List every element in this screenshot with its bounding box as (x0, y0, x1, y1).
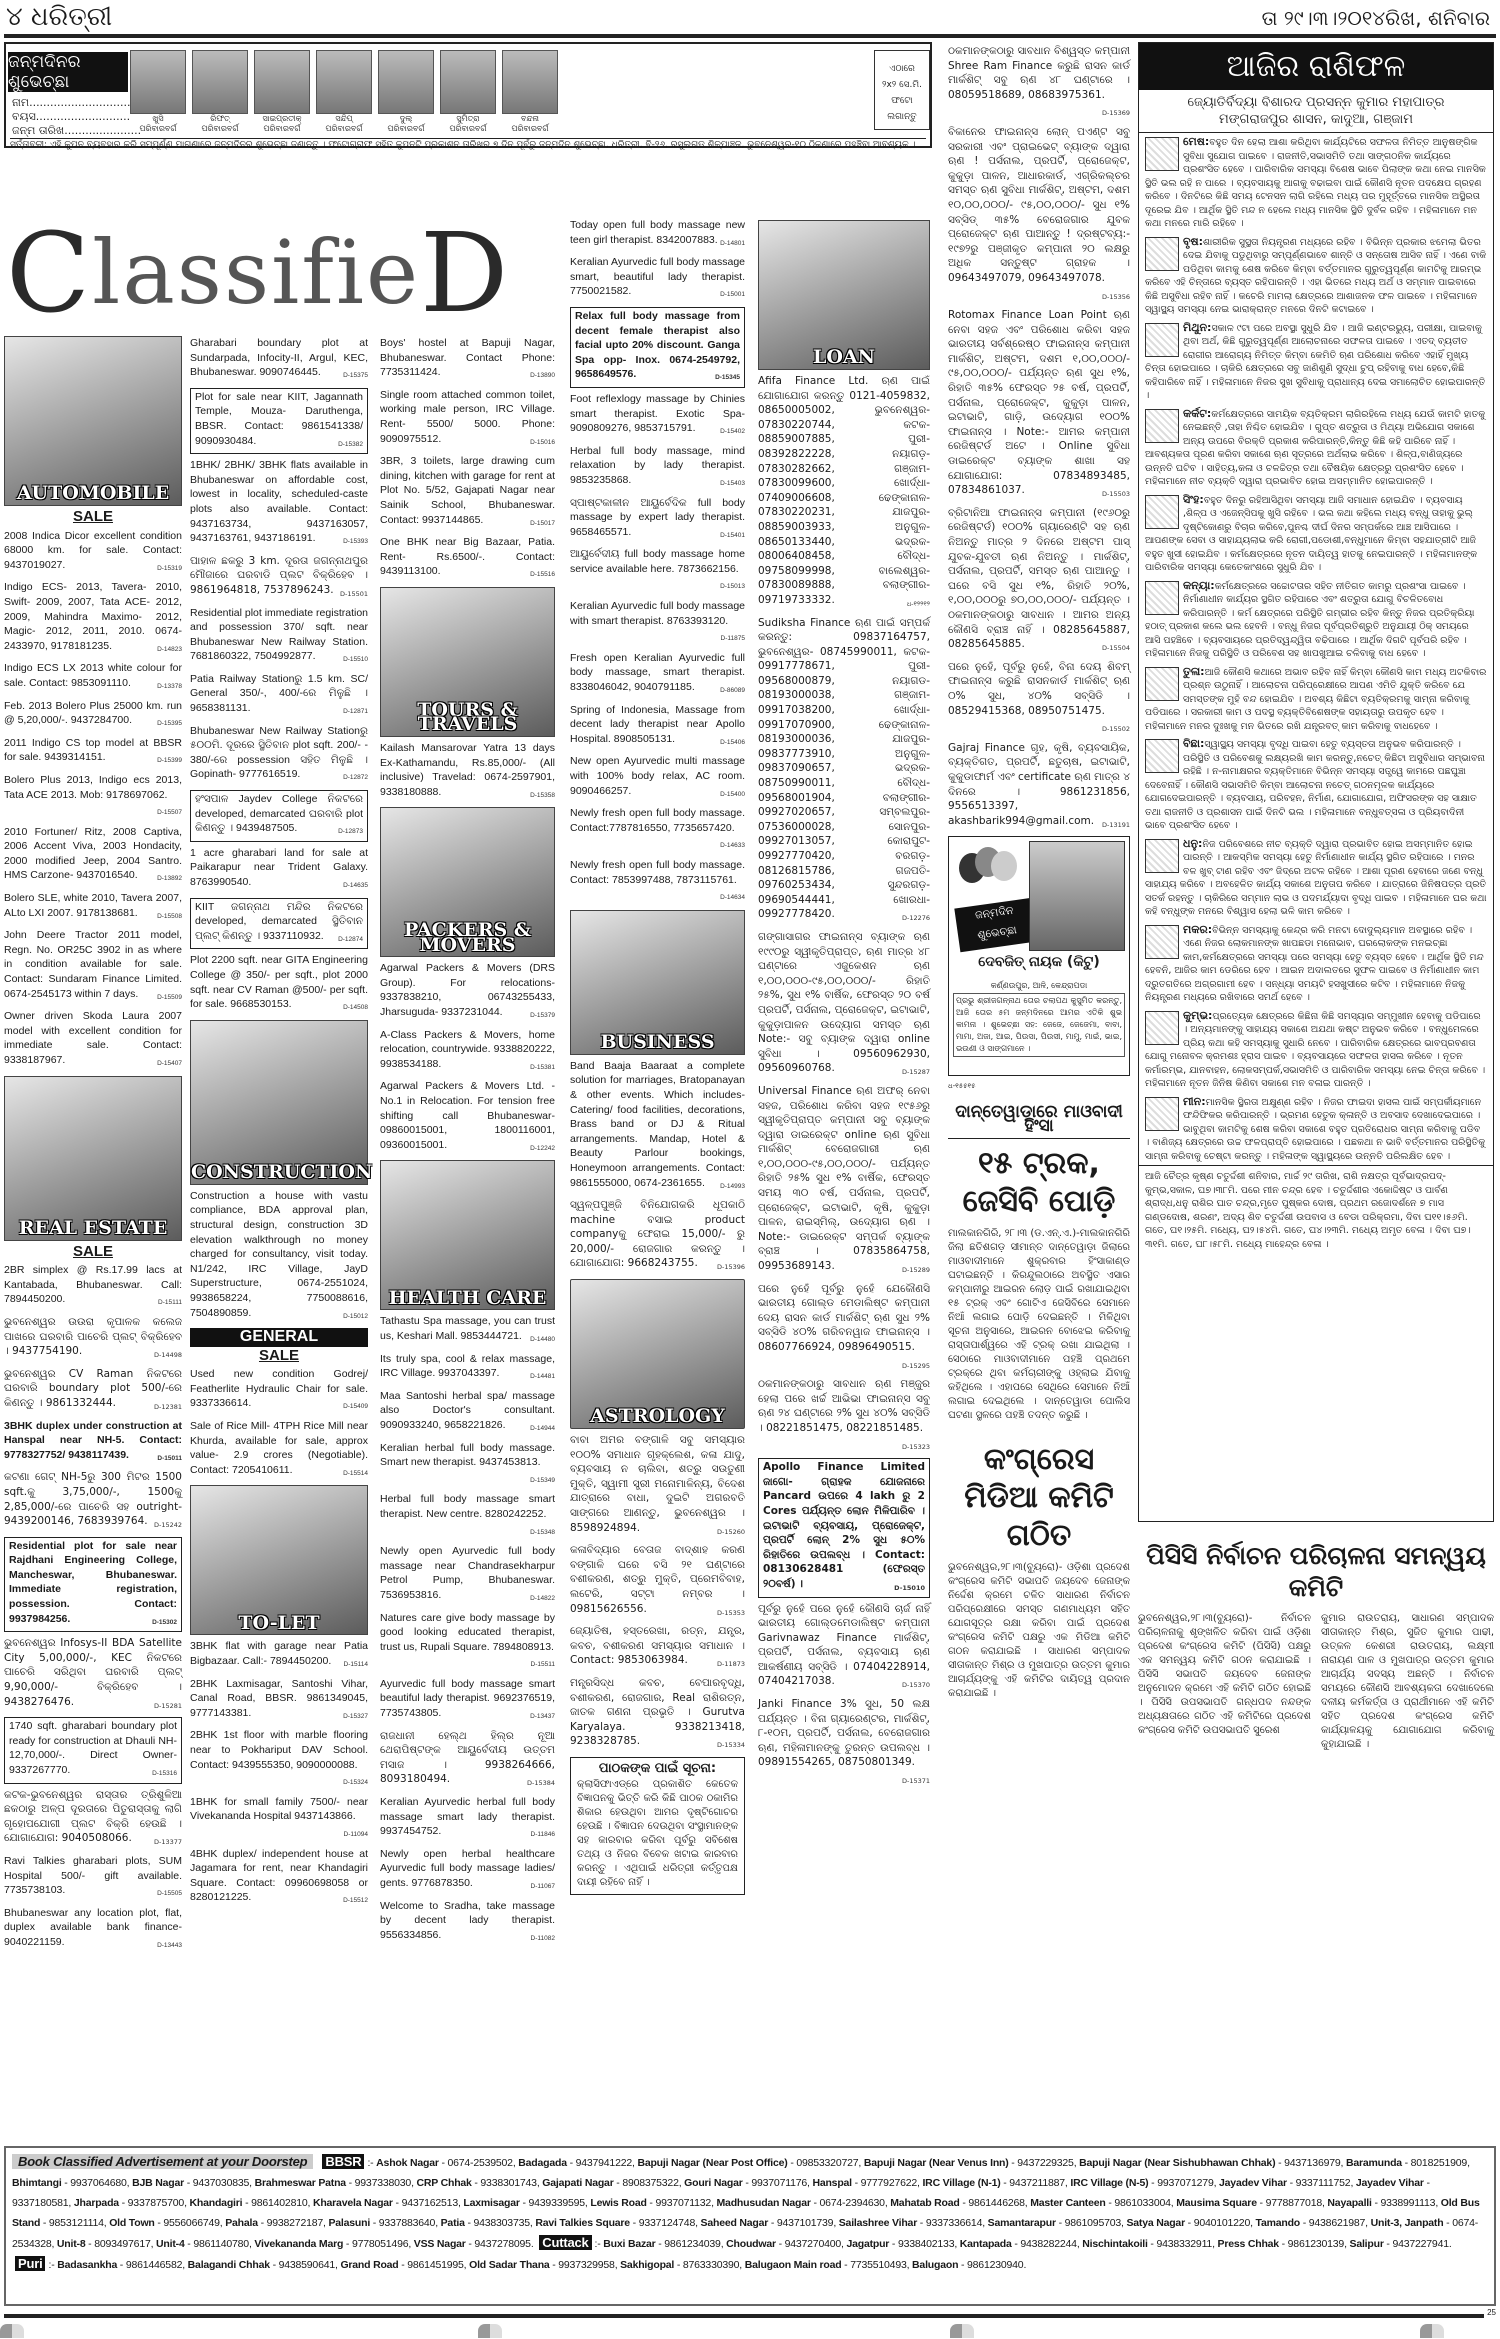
classified-ad: ବିକାନେର ଫାଇନାନ୍ସ ଲୋନ୍ ପଏଣ୍ଟ ସବୁ ସରକାରୀ ଏ… (948, 125, 1130, 304)
ad-code: D-15011 (157, 1452, 182, 1467)
horoscope-sign: ମକର:ବିଭିନ୍ନ ସମସ୍ୟାକୁ କେନ୍ଦ୍ର କରି ମନଟା ଦୋ… (1139, 921, 1493, 1007)
location-name: Jagatpur (846, 2238, 889, 2250)
pisces-icon (1145, 1097, 1179, 1131)
age-field: ବୟସ........................... (12, 110, 130, 124)
location-name: BJB Nagar (132, 2177, 184, 2189)
birthday-wish-ad: ଜନ୍ମଦିନ ଶୁଭେଚ୍ଛା ଦେବଜିତ୍ ନାୟକ (କିଟୁ) କର୍… (948, 836, 1130, 1076)
directory-entry: Badagada - 9437941222, (518, 2157, 637, 2169)
birthday-photo: ସନ୍ଦିପ୍ ପରିବାରବର୍ଗ (316, 50, 372, 138)
ad-text: 4BHK duplex/ independent house at Jagama… (190, 1848, 368, 1904)
classified-ad: Rotomax Finance Loan Point ଋଣ ନେବା ସହଜ ଏ… (948, 308, 1130, 502)
ad-code: D-15509 (157, 991, 182, 1006)
ad-text: 3BHK flat with garage near Patia Bigbaza… (190, 1640, 368, 1667)
ad-code: D-12874 (338, 933, 363, 948)
classified-ad: 1BHK for small family 7500/- near Viveka… (190, 1795, 368, 1843)
directory-entry: BJB Nagar - 9437030835, (132, 2177, 254, 2189)
location-name: Lewis Road (590, 2197, 646, 2209)
sign-text: ବିଭିନ୍ନ ସମସ୍ୟାକୁ କେନ୍ଦ୍ର କରି ମନଟା ଦୋଦୁଲ୍… (1145, 925, 1484, 1004)
ad-text: 2BHK Laxmisagar, Santoshi Vihar, Canal R… (190, 1678, 368, 1719)
category-label: BUSINESS (571, 1035, 744, 1050)
ad-code: D-15407 (157, 1057, 182, 1072)
phone-number: 9438621987 (1309, 2217, 1365, 2229)
city-label: Puri (15, 2256, 45, 2271)
phone-number: 9437941222 (576, 2157, 632, 2169)
ad-text: Tathastu Spa massage, you can trust us, … (380, 1315, 555, 1342)
phone-number: 9437229325 (1017, 2157, 1073, 2169)
category-label: AUTOMOBILE (5, 486, 181, 501)
category-label: ASTROLOGY (571, 1409, 744, 1424)
sign-text: ସ୍ୱାସ୍ଥ୍ୟ ସମସ୍ୟା ବୃଦ୍ଧି ପାଇବା ହେତୁ ବ୍ୟସ୍… (1145, 739, 1485, 831)
directory-entry: Saheed Nagar - 9437101739, (701, 2217, 839, 2229)
sign-name: ଧନୁ: (1183, 837, 1202, 850)
name-field: ନାମ............................. (12, 96, 130, 110)
classified-ad: Gharabari boundary plot at Sundarpada, I… (190, 336, 368, 384)
ad-text: ପୂର୍ବରୁ ନୁହେଁ ପରେ ନୁହେଁ କୌଣସି ଚାର୍ଜ ନାହି… (758, 1603, 930, 1688)
phone-number: 7735510493 (850, 2259, 906, 2271)
ad-code: D-15013 (720, 580, 745, 595)
location-name: Buxi Bazar (603, 2238, 655, 2250)
directory-entry: Sailashree Vihar - 9337336614, (839, 2217, 988, 2229)
ad-code: D-86089 (720, 684, 745, 699)
phone-number: 9338402133 (898, 2238, 954, 2250)
ad-code: D-12381 (154, 1400, 182, 1415)
location-name: Bapuji Nagar (Near Post Office) (637, 2157, 787, 2169)
horoscope-sign: ସିଂହ:ବହୁତ ଦିନରୁ ରହିଆସିଥିବା ସମସ୍ୟା ଆଜି ସମ… (1139, 491, 1493, 577)
birthday-photo: ଖୁସି ପରିବାରବର୍ଗ (130, 50, 186, 138)
sign-name: କର୍କଟ: (1183, 407, 1211, 420)
directory-entry: Laxmisagar - 9439339595, (463, 2197, 590, 2209)
section-heading: SALE (4, 510, 182, 525)
directory-entry: Mahatab Road - 9861446268, (890, 2197, 1030, 2209)
directory-entry: Balagandi Chhak - 9438590641, (188, 2259, 341, 2271)
ad-code: D-14822 (530, 1592, 555, 1607)
ad-text: Keralian herbal full body massage. Smart… (380, 1442, 555, 1469)
classified-ad: Newly open Ayurvedic full body massage n… (380, 1544, 555, 1606)
phone-number: 9861095703 (1065, 2217, 1121, 2229)
ad-text: Maa Santoshi herbal spa/ massage also Do… (380, 1390, 555, 1431)
classified-ad: ପରେ ନୁହେଁ, ପୂର୍ବରୁ ନୁହେଁ, ବିନା ଦେୟ ଶିବମ୍… (948, 660, 1130, 737)
location-name: Khandagiri (190, 2197, 243, 2209)
ad-code: D-11067 (531, 1880, 555, 1895)
ad-code: D-15242 (154, 1518, 182, 1533)
ad-code: D-15514 (343, 1467, 368, 1482)
location-name: CRP Chhak (417, 2177, 472, 2189)
ad-text: Sudiksha Finance ଋଣ ପାଇଁ ସମ୍ପର୍କ କରନ୍ତୁ:… (758, 617, 930, 921)
classified-ad: 1BHK/ 2BHK/ 3BHK flats available in Bhub… (190, 458, 368, 550)
ad-text: କଳାବିଦ୍ୟାର ବେତାଜ ବାଦ୍‌ଶାହ କରଣ ବଙ୍ଗାଳି ଘର… (570, 1544, 745, 1614)
classified-ad: 2011 Indigo CS top model at BBSR for sal… (4, 736, 182, 769)
photo-family: ପରିବାରବର୍ଗ (192, 124, 248, 134)
phone-number: 9861234039 (664, 2238, 720, 2250)
ad-text: Newly fresh open full body massage. Cont… (570, 859, 745, 886)
classified-ad: ବ୍ରିଟାନିଆ ଫାଇନାନ୍ସ କମ୍ପାନୀ (୧୯୬୦ରୁ ରେଜିଷ… (948, 506, 1130, 656)
classified-ad: Agarwal Packers & Movers Ltd. - No.1 in … (380, 1079, 555, 1156)
directory-entry: Choudwar - 9437270400, (726, 2238, 846, 2250)
sign-name: ମିଥୁନ: (1183, 321, 1211, 334)
classified-ad: Agarwal Packers & Movers (DRS Group). Fo… (380, 961, 555, 1023)
ad-code: D-15358 (530, 789, 555, 804)
ad-code: D-15316 (152, 1767, 177, 1782)
ad-text: ବିକାନେର ଫାଇନାନ୍ସ ଲୋନ୍ ପଏଣ୍ଟ ସବୁ ସରକାରୀ ଏ… (948, 126, 1130, 284)
photo-name: ସୁମିତ୍ରା (440, 114, 496, 124)
location-name: Balugaon Main road (745, 2259, 842, 2271)
ad-code: D-15370 (902, 1678, 930, 1693)
portrait-image (440, 50, 496, 114)
phone-number: 9438282244 (1020, 2238, 1076, 2250)
reader-notice: ପାଠକଙ୍କ ପାଇଁ ସୂଚନା: କ୍ଲାସିଫାଏଡ୍‌ରେ ପ୍ରକା… (570, 1757, 745, 1895)
location-name: Choudwar (726, 2238, 776, 2250)
phone-number: 9861230139 (1288, 2238, 1344, 2250)
location-name: Nayapalli (1327, 2197, 1371, 2209)
ad-code: D-14635 (343, 879, 368, 894)
ad-code: D-15302 (152, 1616, 177, 1631)
location-name: Ravi Talkies Square (535, 2217, 630, 2229)
ad-code: ଧ-୧୫୫୧୫ (948, 1080, 1130, 1095)
ad-text: Bolero SLE, white 2010, Tavera 2007, ALt… (4, 892, 182, 919)
location-name: Balagandi Chhak (188, 2259, 270, 2271)
page-number: 25 (1487, 2308, 1496, 2317)
ad-text: Universal Finance ଋଣ ଅଫର୍ ନେବା ସହଜ, ପରିଶ… (758, 1085, 930, 1272)
sign-name: କୁମ୍ଭ: (1183, 1009, 1212, 1022)
photo-name: ସାଇପ୍ରତୀକ୍ (254, 114, 310, 124)
phone-number: 9437278095 (474, 2238, 530, 2250)
ad-code: D-15395 (157, 717, 182, 732)
portrait-image (502, 50, 558, 114)
automobile-category-image: AUTOMOBILE (4, 336, 182, 506)
location-name: Brahmeswar Patna (255, 2177, 346, 2189)
location-name: Vivekananda Marg (254, 2238, 343, 2250)
photo-slot-line: ଏଠାରେ (875, 61, 929, 77)
classified-ad: କଳାବିଦ୍ୟାର ବେତାଜ ବାଦ୍‌ଶାହ କରଣ ବଙ୍ଗାଳି ଘର… (570, 1543, 745, 1620)
ad-text: Bhubaneswar any location plot, flat, dup… (4, 1907, 182, 1948)
ad-code: D-15501 (340, 587, 368, 602)
classified-ad: Ravi Talkies gharabari plots, SUM Hospit… (4, 1854, 182, 1902)
news-body: ଭୁବନେଶ୍ୱର,୨୮।୩(ବ୍ୟୁରୋ)- ଓଡ଼ିଶା ପ୍ରଦେଶ କଂ… (948, 1561, 1130, 1701)
child-place: କର୍ଣ୍ଣଉପୁର, ଆଳି, କେନ୍ଦ୍ରାପଡା (949, 979, 1129, 994)
astrologer-address: ମଙ୍ଗରାଜପୁର ଶାସନ, କାଦୁଆ, ଗଞ୍ଜାମ (1141, 111, 1491, 128)
ad-text: 1BHK for small family 7500/- near Viveka… (190, 1796, 368, 1823)
directory-entry: Gouri Nagar - 9937071176, (684, 2177, 812, 2189)
sign-name: ମୀନ: (1183, 1095, 1206, 1108)
location-name: IRC Village (N-1) (922, 2177, 1000, 2189)
ad-text: Plot 2200 sqft. near GITA Engineering Co… (190, 954, 368, 1010)
classified-ad: 3BHK duplex under construction at Hanspa… (4, 1419, 182, 1467)
ad-code: D-14480 (530, 1333, 555, 1348)
ad-code: D-15017 (530, 517, 555, 532)
location-name: Satya Nagar (1126, 2217, 1185, 2229)
location-name: Sakhigopal (620, 2259, 674, 2271)
news-body: ମାଲକାନଗିରି, ୨୮।୩ (ଡ.ଏନ୍.ଏ.)-ମାଲକାନଗିରି ଜ… (948, 1227, 1130, 1423)
phone-number: 9937338030 (355, 2177, 411, 2189)
phone-number: 9861451995 (407, 2259, 463, 2271)
classified-ad: Patia Railway Stationରୁ 1.5 km. SC/ Gene… (190, 672, 368, 720)
directory-entry: Kantapada - 9438282244, (960, 2238, 1082, 2250)
ad-text: Welcome to Sradha, take massage by decen… (380, 1900, 555, 1941)
ad-code: D-15393 (343, 535, 368, 550)
phone-number: 9337875700 (128, 2197, 184, 2209)
horoscope-sign: ମେଷ:ବହୁତ ଦିନ ହେଲା ଆଶା କରିଥିବା କାର୍ଯ୍ୟଟିର… (1139, 133, 1493, 233)
classified-ad: Plot for sale near KIIT, Jagannath Templ… (190, 388, 368, 454)
sign-text: ସକାଳ ୯ଟା ପରେ ଅବସ୍ଥା ସୁଧୁରି ଯିବ । ଆଜି ଇଣ୍… (1145, 323, 1485, 402)
classified-ad: 2008 Indica Dicor excellent condition 68… (4, 529, 182, 577)
classified-ad: Bolero SLE, white 2010, Tavera 2007, ALt… (4, 891, 182, 924)
photo-family: ପରିବାରବର୍ଗ (316, 124, 372, 134)
location-name: Salipur (1350, 2238, 1384, 2250)
ad-code: D-15382 (338, 438, 363, 453)
ad-code: D-13378 (157, 680, 182, 695)
classified-ad: Apollo Finance Limited ଜାଗୋ- ଗ୍ରାହକ ଯୋଜନ… (758, 1458, 930, 1597)
directory-entry: Badasankha - 9861446582, (57, 2259, 187, 2271)
ad-code: D-15295 (902, 1359, 930, 1374)
ad-code: D-15402 (720, 425, 745, 440)
almanac: ଆଜି ଚୈତ୍ର କୃଷ୍ଣ ଚତୁର୍ଦ୍ଦଶୀ ଶନିବାର, ମାର୍ଚ… (1139, 1165, 1493, 1255)
sign-name: ମେଷ: (1183, 135, 1209, 148)
location-name: Pahala (225, 2217, 258, 2229)
column-automobile: AUTOMOBILE SALE 2008 Indica Dicor excell… (4, 336, 182, 1958)
location-name: Bapuji Nagar (Near Sishubhawan Chhak) (1079, 2157, 1275, 2169)
classified-ad: Newly fresh open full body massage. Cont… (570, 858, 745, 906)
ad-text: ମନ୍ତ୍ରସିଦ୍ଧ କବଚ, ବେପାରବୃଦ୍ଧି, ବଶୀକରଣ, ରୋ… (570, 1677, 745, 1747)
location-name: Baramunda (1346, 2157, 1402, 2169)
registration-mark (950, 2324, 974, 2338)
reader-notice-title: ପାଠକଙ୍କ ପାଇଁ ସୂଚନା: (577, 1762, 738, 1776)
classified-ad: ପାହାଳ ଛକରୁ 3 km. ଦୂରତା ଜଗନ୍ନାଥପୁର ମୌଜାରେ… (190, 554, 368, 602)
ad-text: Today open full body massage new teen gi… (570, 219, 745, 246)
classified-ad: Feb. 2013 Bolero Plus 25000 km. run @ 5,… (4, 699, 182, 732)
pcc-committee-article: ପିସିସି ନିର୍ବାଚନ ପରିଚାଳନା ସମନ୍ୱୟ କମିଟି ଭୁ… (1138, 1540, 1494, 1752)
phone-number: 9853121114 (49, 2217, 104, 2229)
phone-number: 9338991113 (1380, 2197, 1435, 2209)
classified-ad: 4BHK duplex/ independent house at Jagama… (190, 1847, 368, 1909)
directory-entry: Madhusudan Nagar - 0674-2394630, (717, 2197, 891, 2209)
ad-code: D-15289 (902, 1263, 930, 1278)
classified-logo: ClassifieD (6, 215, 386, 330)
ad-code: D-15369 (1102, 106, 1130, 121)
location-name: Jayadev Vihar (1356, 2177, 1424, 2189)
classified-ad: Kailash Mansarovar Yatra 13 days Ex-Kath… (380, 741, 555, 803)
classified-ad: Herbal full body massage smart therapist… (380, 1492, 555, 1540)
classified-ad: Sale of Rice Mill- 4TPH Rice Mill near K… (190, 1419, 368, 1481)
phone-number: 9937329958 (558, 2259, 614, 2271)
ad-code: D-15010 (894, 1581, 925, 1596)
portrait-image (130, 50, 186, 114)
classified-ad: 3BHK flat with garage near Patia Bigbaza… (190, 1639, 368, 1672)
ad-code: D-15356 (1102, 290, 1130, 305)
phone-number: 9861033004 (1114, 2197, 1170, 2209)
directory-entry: Old Town - 9556066749, (109, 2217, 225, 2229)
ad-code: D-14508 (343, 1001, 368, 1016)
horoscope-sign: କର୍କଟ:କର୍ମକ୍ଷେତ୍ରରେ ସାମୟିକ ବ୍ୟତିକ୍ରମ ଲାଗ… (1139, 405, 1493, 491)
ad-code: D-14498 (154, 1348, 182, 1363)
classified-ad: One BHK near Big Bazaar, Patia. Rent- Rs… (380, 535, 555, 583)
directory-entry: Kharavela Nagar - 9437162513, (313, 2197, 463, 2209)
phone-number: 9337180581 (12, 2197, 68, 2209)
sign-name: ବିଛା: (1183, 737, 1204, 750)
sign-text: ବହୁତ ଦିନରୁ ରହିଆସିଥିବା ସମସ୍ୟା ଆଜି ସମାଧାନ … (1145, 495, 1477, 574)
birthday-photo: ସୁମିତ୍ରା ପରିବାରବର୍ଗ (440, 50, 496, 138)
ad-code: D-15323 (902, 1440, 930, 1455)
location-name: Madhusudan Nagar (717, 2197, 811, 2209)
directory-entry: Jagatpur - 9338402133, (846, 2238, 959, 2250)
ad-text: Keralian Ayurvedic full body massage sma… (570, 256, 745, 297)
directory-entry: Old Sadar Thana - 9937329958, (469, 2259, 620, 2271)
to-let-category-image: TO-LET (190, 1485, 368, 1635)
classified-ad: କଟକ-ଭୁବନେଶ୍ୱର ରାସ୍ତାର ତ୍ରିଶୁଳିଆ ଛକଠାରୁ ଅ… (4, 1788, 182, 1850)
ad-code: D-12873 (338, 825, 363, 840)
photo-family: ପରିବାରବର୍ଗ (378, 124, 434, 134)
ad-code: D-11846 (531, 1828, 555, 1843)
location-name: Nischintakoili (1082, 2238, 1147, 2250)
phone-number: 9437162513 (402, 2197, 458, 2209)
city-label: BBSR (322, 2154, 364, 2169)
directory-entry: Tamando - 9438621987, (1256, 2217, 1371, 2229)
ad-text: ପରେ ନୁହେଁ, ପୂର୍ବରୁ ନୁହେଁ, ବିନା ଦେୟ ଶିବମ୍… (948, 661, 1130, 717)
phone-number: 9937071132 (655, 2197, 711, 2209)
phone-number: 9337124748 (639, 2217, 695, 2229)
astrologer-name: ଜ୍ୟୋତିର୍ବିଦ୍ୟା ବିଶାରଦ ପ୍ରସନ୍ନ କୁମାର ମହାପ… (1141, 94, 1491, 111)
phone-number: 9437101739 (777, 2217, 833, 2229)
phone-number: 9778051496 (352, 2238, 408, 2250)
tours-travels-category-image: TOURS & TRAVELS (380, 587, 555, 737)
phone-number: 9437136979 (1284, 2157, 1340, 2169)
classified-ad: ମନ୍ତ୍ରସିଦ୍ଧ କବଚ, ବେପାରବୃଦ୍ଧି, ବଶୀକରଣ, ରୋ… (570, 1676, 745, 1753)
classified-ad: ଗଙ୍ଗାସାଗର ଫାଇନାନ୍ସ ବ୍ୟାଙ୍କ ଋଣ ୧୯୯୦ରୁ ସ୍ୱ… (758, 930, 930, 1080)
classified-ad: Construction a house with vastu complian… (190, 1189, 368, 1324)
page-section-label: ୪ ଧରିତ୍ରୀ (6, 2, 112, 33)
ad-text: ଆୟୁର୍ବେଦୀୟ full body massage home servic… (570, 548, 745, 575)
sign-name: ତୁଳା: (1183, 665, 1205, 678)
photo-slot-line: ୨x୨ ସେ.ମି. (875, 77, 929, 93)
ad-text: ଠକମାନଙ୍କଠାରୁ ସାବଧାନ ଋଣ ମଞ୍ଜୁର ହେଲା ପରେ ଖ… (758, 1378, 930, 1434)
classified-ad: A-Class Packers & Movers, home relocatio… (380, 1028, 555, 1076)
business-category-image: BUSINESS (570, 910, 745, 1055)
ad-code: D-12872 (343, 771, 368, 786)
classified-ad: Tathastu Spa massage, you can trust us, … (380, 1314, 555, 1347)
phone-number: 9938272187 (267, 2217, 323, 2229)
ad-text: Patia Railway Stationରୁ 1.5 km. SC/ Gene… (190, 673, 368, 714)
ad-code: D-15114 (344, 1658, 368, 1673)
ad-code: D-15016 (530, 436, 555, 451)
directory-entry: Buxi Bazar - 9861234039, (603, 2238, 726, 2250)
ad-code: D-11873 (717, 1657, 745, 1672)
directory-entry: IRC Village (N-1) - 9437211887, (922, 2177, 1070, 2189)
photo-name: ଖୁସି (130, 114, 186, 124)
location-name: Balugaon (912, 2259, 958, 2271)
ad-code: D-15512 (343, 1894, 368, 1909)
photo-name: ରିଫତ୍ (192, 114, 248, 124)
classified-ad: କଟଣା ଗେଟ୍ NH-5ରୁ 300 ମିଟର 1500 sqft.କୁ 3… (4, 1470, 182, 1532)
classified-ad: ପୂର୍ବରୁ ନୁହେଁ ପରେ ନୁହେଁ କୌଣସି ଚାର୍ଜ ନାହି… (758, 1602, 930, 1694)
loan-category-image: LOAN (758, 220, 930, 370)
top-rule-divider (4, 34, 1496, 38)
classified-ad: ଭୁବନେଶ୍ୱର CV Raman ନିକଟରେ ଘରବାରି boundar… (4, 1367, 182, 1415)
sign-text: ଶାରୀରିକ ସୁସ୍ଥତା ନିୟନ୍ତ୍ରଣ ମଧ୍ୟରେ ରହିବ । … (1145, 237, 1486, 316)
sign-text: ନିଜ ପରିବେଶରେ ନୀଚ ବ୍ୟକ୍ତି ଦ୍ୱାରା ପ୍ରଭାବିତ… (1145, 839, 1487, 918)
ad-text: Band Baaja Baaraat a complete solution f… (570, 1060, 745, 1189)
classified-ad: Plot 2200 sqft. near GITA Engineering Co… (190, 953, 368, 1015)
phone-number: 9439339595 (529, 2197, 585, 2209)
sign-name: ସିଂହ: (1183, 493, 1204, 506)
ad-text: Used new condition Godrej/ Featherlite H… (190, 1368, 368, 1409)
ad-text: Newly fresh open full body massage. Cont… (570, 807, 745, 834)
gemini-icon (1145, 323, 1179, 357)
birthday-photo: ସାଇପ୍ରତୀକ୍ ପରିବାରବର୍ଗ (254, 50, 310, 138)
leo-icon (1145, 495, 1179, 529)
ad-code: D-13191 (1102, 818, 1130, 833)
ad-text: Keralian Ayurvedic full body massage wit… (570, 600, 745, 627)
doorstep-booking-directory: Book Classified Advertisement at your Do… (4, 2146, 1496, 2306)
location-name: Press Chhak (1218, 2238, 1279, 2250)
ad-text: Its truly spa, cool & relax massage, IRC… (380, 1353, 555, 1380)
ad-code: D-11094 (344, 1828, 368, 1843)
ad-text: Boys' hostel at Bapuji Nagar, Bhubaneswa… (380, 337, 555, 378)
ad-text: Feb. 2013 Bolero Plus 25000 km. run @ 5,… (4, 700, 182, 727)
classified-ad: Residential plot for sale near Rajdhani … (4, 1537, 182, 1633)
location-name: IRC Village (N-5) (1070, 2177, 1148, 2189)
ad-text: Kailash Mansarovar Yatra 13 days Ex-Kath… (380, 742, 555, 798)
horoscope-sign: ବୃଷ:ଶାରୀରିକ ସୁସ୍ଥତା ନିୟନ୍ତ୍ରଣ ମଧ୍ୟରେ ରହି… (1139, 233, 1493, 319)
ad-text: Indigo ECS- 2013, Tavera- 2010, Swift- 2… (4, 581, 182, 651)
location-name: Master Canteen (1030, 2197, 1105, 2209)
directory-entry: Bapuji Nagar (Near Venus Inn) - 94372293… (864, 2157, 1079, 2169)
portrait-image (378, 50, 434, 114)
classified-ad: Bolero Plus 2013, Indigo ecs 2013, Tata … (4, 773, 182, 821)
dob-field: ଜନ୍ମ ତାରିଖ...................... (12, 124, 141, 138)
directory-entry: Vivekananda Marg - 9778051496, (254, 2238, 413, 2250)
capricorn-icon (1145, 925, 1179, 959)
classified-ad: Band Baaja Baaraat a complete solution f… (570, 1059, 745, 1194)
ad-text: ସ୍ୱଳ୍ପପୁଞ୍ଜି ବିନିଯୋଗକରି ଧୂପକାଠି machine … (570, 1199, 745, 1269)
news-headline: ପିସିସି ନିର୍ବାଚନ ପରିଚାଳନା ସମନ୍ୱୟ କମିଟି (1138, 1540, 1494, 1604)
phone-number: 0674-2539502 (447, 2157, 512, 2169)
location-name: Kantapada (960, 2238, 1012, 2250)
location-name: Sailashree Vihar (839, 2217, 917, 2229)
directory-entry: Balugaon - 9861230940. (912, 2259, 1026, 2271)
ad-text: Apollo Finance Limited ଜାଗୋ- ଗ୍ରାହକ ଯୋଜନ… (763, 1461, 925, 1590)
location-name: Saheed Nagar (701, 2217, 769, 2229)
ad-code: D-14944 (530, 1422, 555, 1437)
classified-ad: Owner driven Skoda Laura 2007 model with… (4, 1009, 182, 1071)
birthday-message: ପ୍ରଭୁ ଶ୍ରୀଜଗନ୍ନାଥ ତୋର ଚଲାପଥ କୁସୁମିତ କରନ୍… (953, 993, 1125, 1057)
birthday-photo: ରିଫତ୍ ପରିବାରବର୍ଗ (192, 50, 248, 138)
classified-ad: Gajraj Finance ଗୃହ, କୃଷି, ବ୍ୟବସାୟିକ, ବ୍ୟ… (948, 741, 1130, 833)
phone-number: 9437030835 (193, 2177, 249, 2189)
ad-text: Indigo ECS LX 2013 white colour for sale… (4, 662, 182, 689)
phone-number: 9438590641 (279, 2259, 335, 2271)
astrology-category-image: ASTROLOGY (570, 1279, 745, 1429)
phone-number: 9438303735 (473, 2217, 529, 2229)
location-name: Gouri Nagar (684, 2177, 742, 2189)
classified-ad: ହଂସପାଳ Jaydev College ନିକଟରେ developed, … (190, 790, 368, 842)
photo-slot: ଏଠାରେ ୨x୨ ସେ.ମି. ଫଟୋ ଲଗାନ୍ତୁ (874, 50, 930, 130)
classified-ad: Keralian Ayurvedic full body massage sma… (570, 255, 745, 303)
location-name: Tamando (1256, 2217, 1301, 2229)
phone-number: 8763330390 (683, 2259, 739, 2271)
location-name: Grand Road (340, 2259, 398, 2271)
ad-text: 2BR simplex @ Rs.17.99 lacs at Kantabada… (4, 1264, 182, 1305)
classified-ad: Keralian Ayurvedic full body massage wit… (570, 599, 745, 647)
ad-code: D-15349 (530, 1474, 555, 1489)
ad-text: A-Class Packers & Movers, home relocatio… (380, 1029, 555, 1070)
classified-ad: 2010 Fortuner/ Ritz, 2008 Captiva, 2006 … (4, 825, 182, 887)
ad-code: D-14823 (157, 643, 182, 658)
location-name: Bhimtangi (12, 2177, 62, 2189)
ad-text: 2011 Indigo CS top model at BBSR for sal… (4, 737, 182, 764)
ad-code: D-15001 (720, 288, 745, 303)
location-name: Patia (441, 2217, 465, 2229)
category-label: TOURS & TRAVELS (381, 703, 554, 732)
ad-text: ବାବା ଅମର ବଙ୍ଗାଳି ସବୁ ସମସ୍ୟାର ୧୦୦% ସମାଧାନ… (570, 1434, 745, 1534)
